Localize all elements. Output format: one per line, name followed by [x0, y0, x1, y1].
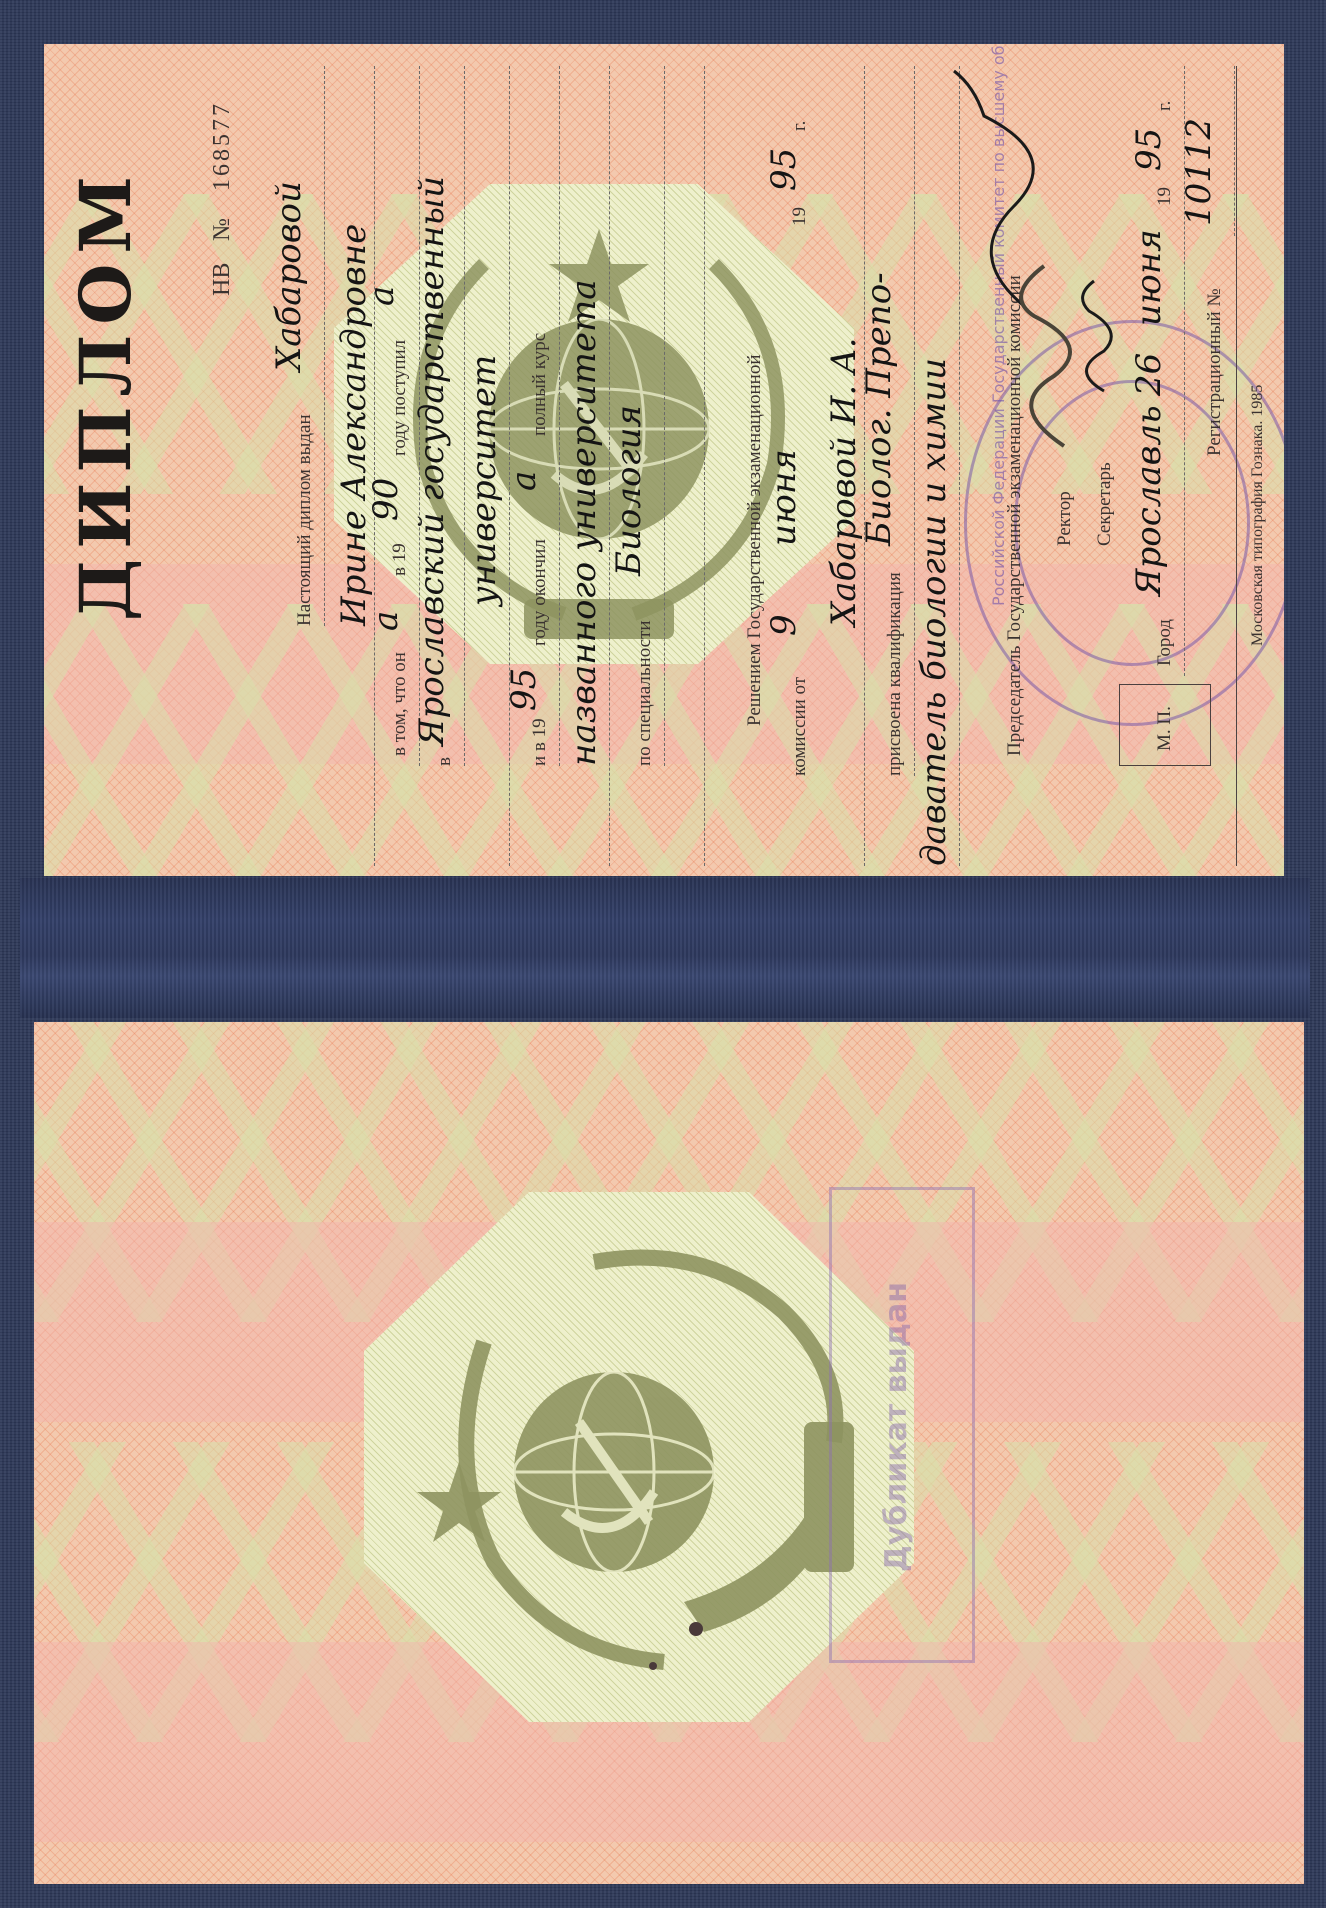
issue-month: июня — [1129, 229, 1169, 326]
year-suffix: г. — [1154, 101, 1176, 111]
gender-suffix: а — [366, 611, 406, 631]
issue-year: 95 — [1129, 128, 1169, 171]
number-sign: № — [209, 218, 236, 241]
decision-month: июня — [764, 449, 804, 546]
year-suffix: г. — [789, 121, 811, 131]
diploma-number: 168577 — [209, 101, 236, 191]
dotted-line — [664, 66, 665, 766]
institution-genitive: названного университета — [564, 280, 604, 767]
gender-suffix: а — [504, 471, 544, 491]
commission-label: комиссии от — [789, 677, 811, 776]
qualification-line1: Биолог. Препо- — [859, 272, 899, 546]
graduated-year: 95 — [504, 668, 544, 711]
recipient-surname: Хабаровой — [269, 181, 309, 371]
city-label: Город — [1154, 619, 1176, 666]
dotted-line — [509, 66, 510, 866]
dotted-line — [324, 66, 325, 626]
recipient-short: Хабаровой И. А. — [824, 337, 864, 626]
qualification-label: присвоена квалификация — [884, 572, 906, 776]
secretary-signature-icon — [1064, 276, 1124, 396]
speciality-label: по специальности — [634, 620, 656, 766]
graduated-label: году окончил — [529, 539, 551, 646]
in-label: в — [434, 757, 456, 766]
seal-place-label: М. П. — [1154, 706, 1176, 751]
diploma-text-rotated: ДИПЛОМ НВ № 168577 Настоящий диплом выда… — [44, 44, 1284, 876]
dotted-line — [374, 66, 375, 866]
entered-label: году поступил — [389, 340, 411, 456]
dotted-line — [704, 66, 705, 866]
decision-year: 95 — [764, 148, 804, 191]
in-year-label: в 19 — [389, 543, 411, 576]
duplicate-stamp-rotated: Дубликат выдан — [859, 1192, 979, 1632]
ink-spot — [689, 1622, 703, 1636]
entered-year: 90 — [366, 478, 406, 521]
decision-day: 9 — [764, 614, 804, 636]
diploma-spine — [20, 878, 1310, 1018]
gender-suffix: а — [362, 286, 402, 306]
institution-line1: Ярославский государственный — [412, 176, 452, 746]
speciality-value: Биология — [609, 405, 649, 576]
diploma-emblem-page: Дубликат выдан — [34, 1022, 1304, 1884]
issue-year-prefix: 19 — [1154, 187, 1176, 206]
full-course-label: полный курс — [529, 333, 551, 436]
dotted-line — [559, 66, 560, 766]
rector-label: Ректор — [1054, 491, 1076, 546]
ussr-coat-of-arms-icon — [404, 1222, 884, 1692]
diploma-text-page: ДИПЛОМ НВ № 168577 Настоящий диплом выда… — [44, 44, 1284, 876]
recipient-name: Ирине Александровне — [334, 224, 374, 626]
bottom-rule — [1236, 66, 1237, 866]
registration-number: 10112 — [1179, 118, 1219, 226]
issue-day: 26 — [1129, 353, 1169, 396]
dotted-line — [1234, 66, 1235, 236]
duplicate-stamp-text: Дубликат выдан — [879, 1282, 914, 1572]
registration-label: Регистрационный № — [1204, 288, 1226, 456]
ink-spot — [649, 1662, 657, 1670]
city-value: Ярославль — [1129, 405, 1169, 596]
decision-year-prefix: 19 — [789, 207, 811, 226]
series-label: НВ — [209, 263, 236, 296]
diploma-title: ДИПЛОМ — [64, 166, 147, 621]
secretary-label: Секретарь — [1094, 462, 1116, 546]
institution-line2: университет — [464, 355, 504, 606]
decision-label: Решением Государственной экзаменационной — [744, 355, 766, 726]
qualification-line2: даватель биологии и химии — [914, 358, 954, 866]
and-in-label: и в 19 — [529, 718, 551, 766]
in-that-label: в том, что он — [389, 652, 411, 756]
issued-label: Настоящий диплом выдан — [294, 414, 316, 626]
printer-imprint: Московская типография Гознака. 1985 — [1249, 385, 1267, 646]
